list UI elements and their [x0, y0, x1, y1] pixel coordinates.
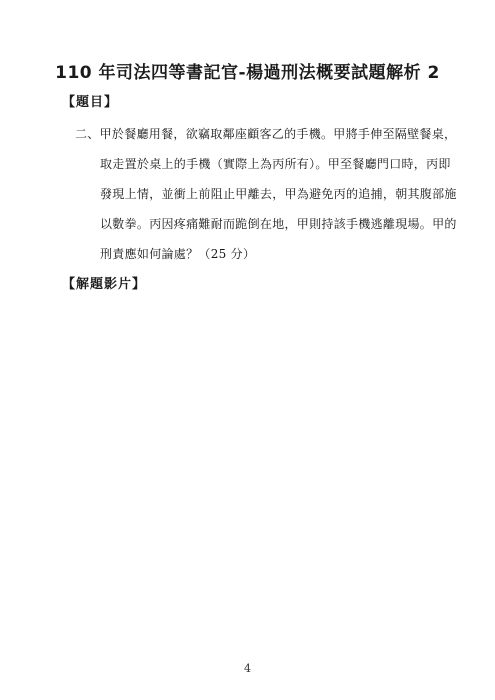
page-number: 4 [0, 662, 495, 675]
question-line: 取走置於桌上的手機（實際上為丙所有）。甲至餐廳門口時，丙即 [100, 149, 445, 179]
question-line: 以數拳。丙因疼痛難耐而跪倒在地，甲則持該手機逃離現場。甲的 [100, 209, 445, 239]
document-page: 110 年司法四等書記官-楊過刑法概要試題解析 2 【題目】 二、甲於餐廳用餐，… [0, 0, 495, 700]
question-line: 發現上情，並衝上前阻止甲離去，甲為避免丙的追捕，朝其腹部施 [100, 179, 445, 209]
video-section-label: 【解題影片】 [62, 273, 146, 292]
question-section-label: 【題目】 [62, 91, 118, 110]
question-text-block: 二、甲於餐廳用餐，欲竊取鄰座顧客乙的手機。甲將手伸至隔壁餐桌， 取走置於桌上的手… [75, 119, 445, 269]
question-line: 二、甲於餐廳用餐，欲竊取鄰座顧客乙的手機。甲將手伸至隔壁餐桌， [75, 119, 445, 149]
page-title: 110 年司法四等書記官-楊過刑法概要試題解析 2 [0, 58, 495, 83]
question-line: 刑責應如何論處？（25 分） [100, 239, 445, 269]
